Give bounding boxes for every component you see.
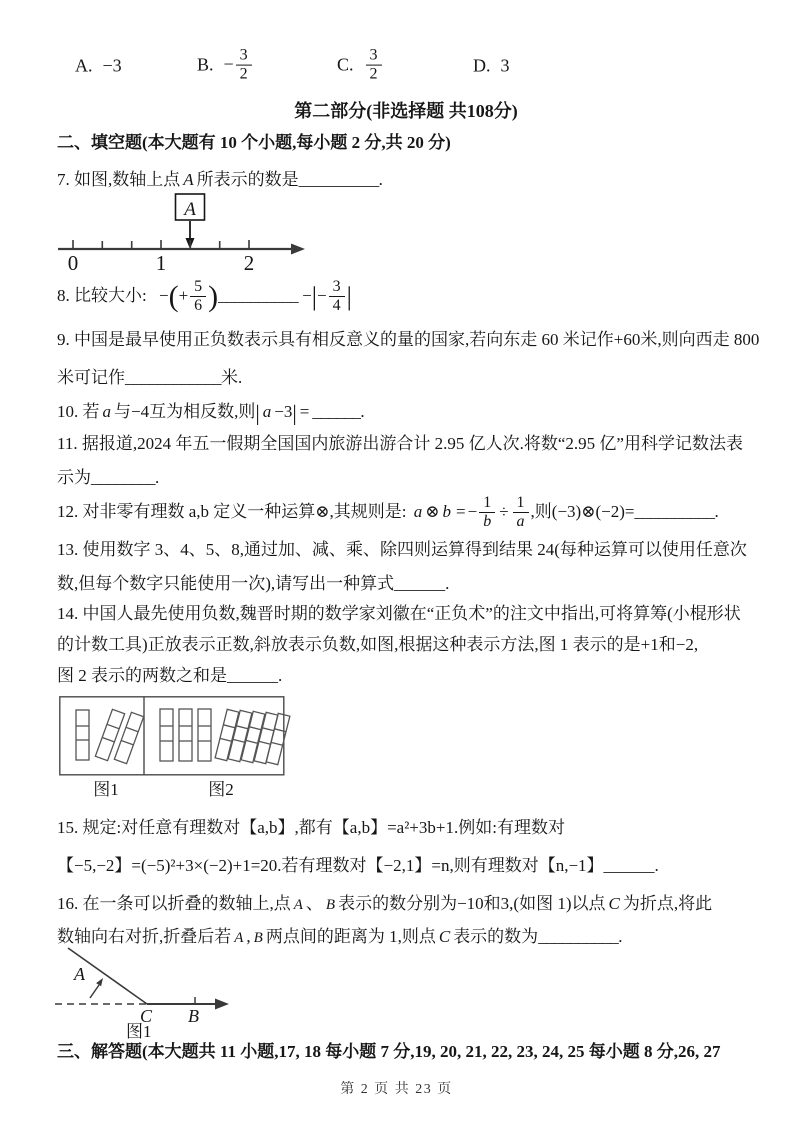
- question-14-line1: 14. 中国人最先使用负数,魏晋时期的数学家刘徽在“正负术”的注文中指出,可将算…: [57, 602, 755, 626]
- q9-line2-post: 米.: [221, 368, 242, 387]
- question-11-line1: 11. 据报道,2024 年五一假期全国国内旅游出游合计 2.95 亿人次.将数…: [57, 432, 755, 456]
- option-a: A.−3: [75, 56, 122, 77]
- q16-l2-text-3: 表示的数为: [453, 927, 538, 946]
- q12-tail: ,则(−3)⊗(−2)=: [531, 502, 635, 521]
- q16-l2-text-1: 数轴向右对折,折叠后若: [57, 927, 231, 946]
- q10-period: .: [360, 402, 364, 421]
- q12-fraction-2: 1a: [513, 494, 529, 531]
- fold-direction-arrow-icon: [96, 978, 103, 986]
- q16-l1-var-c: C: [606, 894, 623, 913]
- option-d: D.3: [473, 56, 510, 77]
- question-10: 10. 若a与−4互为相反数,则|a−3|=______.: [57, 400, 755, 424]
- option-c-denominator: 2: [366, 65, 382, 84]
- option-d-label: D.: [473, 56, 491, 76]
- q10-var-a2: a: [260, 402, 275, 421]
- question-16-line2: 数轴向右对折,折叠后若A,B两点间的距离为 1,则点C表示的数为________…: [57, 925, 755, 950]
- option-c-numerator: 3: [366, 47, 382, 65]
- option-b-denominator: 2: [236, 65, 252, 84]
- q16-l2-var-c: C: [436, 927, 453, 946]
- q8-right-paren: ): [208, 280, 218, 313]
- fold-direction-arrow-line: [90, 985, 99, 998]
- fig2-caption: 图2: [208, 780, 234, 799]
- fold-label-b: B: [188, 1006, 199, 1026]
- part2-header: 第二部分(非选择题 共108分): [57, 100, 755, 122]
- q12-frac1-denominator: b: [479, 512, 495, 531]
- option-c-label: C.: [337, 54, 354, 74]
- section2-header: 二、填空题(本大题有 10 个小题,每小题 2 分,共 20 分): [57, 132, 755, 154]
- question-14-line3: 图 2 表示的两数之和是______.: [57, 664, 755, 688]
- question-13-line2: 数,但每个数字只能使用一次),请写出一种算式______.: [57, 572, 755, 596]
- q11-line2-post: .: [155, 468, 159, 487]
- q16-l1-text-2: 表示的数分别为−10和3,(如图 1)以点: [338, 894, 605, 913]
- question-8: 8. 比较大小: −(+56)__________−|−34|: [57, 272, 755, 320]
- section3-header: 三、解答题(本大题共 11 小题,17, 18 每小题 7 分,19, 20, …: [57, 1040, 755, 1064]
- option-d-value: 3: [501, 56, 510, 76]
- q8-frac2-numerator: 3: [329, 278, 345, 296]
- q7-text-2: 所表示的数是: [197, 170, 299, 189]
- q16-l2-var-a: A: [231, 930, 246, 946]
- option-b-sign: −: [224, 54, 234, 74]
- choice-options-row: A.−3 B.−32 C.32 D.3: [57, 40, 755, 92]
- q10-text-3: −3: [274, 402, 292, 421]
- fig1-slanted-rod-1: [95, 710, 124, 761]
- q10-var-a: a: [100, 402, 115, 421]
- fold-right-arrow-icon: [215, 999, 229, 1010]
- q16-l1-var-a: A: [291, 897, 306, 913]
- q8-minus-2: −: [302, 286, 312, 305]
- q8-plus: +: [179, 286, 189, 305]
- question-16-line1: 16. 在一条可以折叠的数轴上,点A、B表示的数分别为−10和3,(如图 1)以…: [57, 892, 755, 917]
- q12-var-b: b: [440, 502, 455, 521]
- option-c: C.32: [337, 48, 384, 85]
- q16-blank: __________: [538, 927, 618, 946]
- q8-lead: 8. 比较大小:: [57, 286, 147, 305]
- folded-numberline-figure: A C B 图1: [52, 946, 252, 1038]
- option-b-fraction: 32: [236, 47, 252, 84]
- question-14-line2: 的计数工具)正放表示正数,斜放表示负数,如图,根据这种表示方法,图 1 表示的是…: [57, 633, 755, 657]
- fig1-caption: 图1: [93, 780, 119, 799]
- question-13-line1: 13. 使用数字 3、4、5、8,通过加、减、乘、除四则运算得到结果 24(每种…: [57, 538, 755, 562]
- question-9-line1: 9. 中国是最早使用正负数表示具有相反意义的量的国家,若向东走 60 米记作+6…: [57, 328, 755, 352]
- q8-frac1-denominator: 6: [190, 296, 206, 315]
- fig1-slanted-rod-2: [114, 713, 143, 764]
- option-b-label: B.: [197, 54, 214, 74]
- fig2-vertical-rods: [160, 709, 211, 761]
- option-a-value: −3: [103, 56, 122, 76]
- q12-blank: __________: [634, 502, 714, 521]
- q16-l2-var-b: B: [251, 930, 266, 946]
- q7-period: .: [379, 170, 383, 189]
- question-7: 7. 如图,数轴上点A所表示的数是__________.: [57, 168, 755, 192]
- numberline-right-arrow-icon: [291, 244, 305, 255]
- q9-line2-pre: 米可记作: [57, 368, 125, 387]
- q12-frac2-denominator: a: [513, 512, 529, 531]
- q12-frac1-numerator: 1: [479, 494, 495, 512]
- fold-figure-caption: 图1: [126, 1022, 152, 1041]
- q10-equals: =: [297, 402, 313, 421]
- q12-period: .: [714, 502, 718, 521]
- option-b-numerator: 3: [236, 47, 252, 65]
- option-a-label: A.: [75, 56, 93, 76]
- q12-otimes: ⊗: [425, 502, 439, 521]
- q10-text-1: 10. 若: [57, 402, 100, 421]
- question-15-line2: 【−5,−2】=(−5)²+3×(−2)+1=20.若有理数对【−2,1】=n,…: [57, 854, 755, 878]
- fig2-slanted-rods: [215, 710, 290, 765]
- q12-frac2-numerator: 1: [513, 494, 529, 512]
- point-a-label: A: [182, 199, 196, 220]
- q8-minus-3: −: [317, 286, 327, 305]
- page-content: A.−3 B.−32 C.32 D.3 第二部分(非选择题 共108分) 二、填…: [0, 40, 793, 1064]
- q12-fraction-1: 1b: [479, 494, 495, 531]
- numberline-ticks: [73, 240, 249, 249]
- q16-l1-text-1: 16. 在一条可以折叠的数轴上,点: [57, 894, 291, 913]
- q12-equals: =: [454, 502, 468, 521]
- q7-var-a: A: [180, 170, 196, 189]
- fig1-vertical-rod: [76, 710, 89, 760]
- q8-frac2-denominator: 4: [329, 296, 345, 315]
- page-number-footer: 第 2 页 共 23 页: [0, 1078, 793, 1098]
- fold-label-a: A: [73, 964, 86, 984]
- q8-right-abs-bar: |: [347, 282, 352, 311]
- q9-blank: ____________: [125, 368, 221, 387]
- question-15-line1: 15. 规定:对任意有理数对【a,b】,都有【a,b】=a²+3b+1.例如:有…: [57, 816, 755, 840]
- q11-blank: ________: [91, 468, 155, 487]
- q8-left-paren: (: [169, 280, 179, 313]
- q16-l2-text-2: 两点间的距离为 1,则点: [266, 927, 436, 946]
- q16-l1-sep: 、: [306, 894, 323, 913]
- numberline-figure: A 0 1 2: [53, 192, 313, 272]
- exam-page: A.−3 B.−32 C.32 D.3 第二部分(非选择题 共108分) 二、填…: [0, 0, 793, 1122]
- question-11-line2: 示为________.: [57, 466, 755, 490]
- question-9-line2: 米可记作____________米.: [57, 366, 755, 390]
- q16-l1-var-b: B: [323, 897, 338, 913]
- q7-text-1: 7. 如图,数轴上点: [57, 170, 180, 189]
- q12-divide: ÷: [497, 502, 510, 521]
- counting-rods-figure: 图1 图2: [59, 696, 289, 800]
- q10-blank: ______: [312, 402, 360, 421]
- q8-blank: __________: [218, 286, 298, 305]
- q7-blank: __________: [299, 170, 379, 189]
- q12-lead: 12. 对非零有理数 a,b 定义一种运算⊗,其规则是:: [57, 502, 407, 521]
- q16-period: .: [618, 927, 622, 946]
- q16-l1-text-3: 为折点,将此: [623, 894, 712, 913]
- question-12: 12. 对非零有理数 a,b 定义一种运算⊗,其规则是: a⊗b=−1b÷1a,…: [57, 490, 755, 534]
- option-b: B.−32: [197, 48, 254, 85]
- q12-minus: −: [468, 502, 478, 521]
- q12-var-a: a: [411, 502, 426, 521]
- q11-line2-pre: 示为: [57, 468, 91, 487]
- option-c-fraction: 32: [366, 47, 382, 84]
- q8-fraction-2: 34: [329, 278, 345, 315]
- q10-text-2: 与−4互为相反数,则: [114, 402, 255, 421]
- q8-frac1-numerator: 5: [190, 278, 206, 296]
- q8-fraction-1: 56: [190, 278, 206, 315]
- q8-minus-1: −: [159, 286, 169, 305]
